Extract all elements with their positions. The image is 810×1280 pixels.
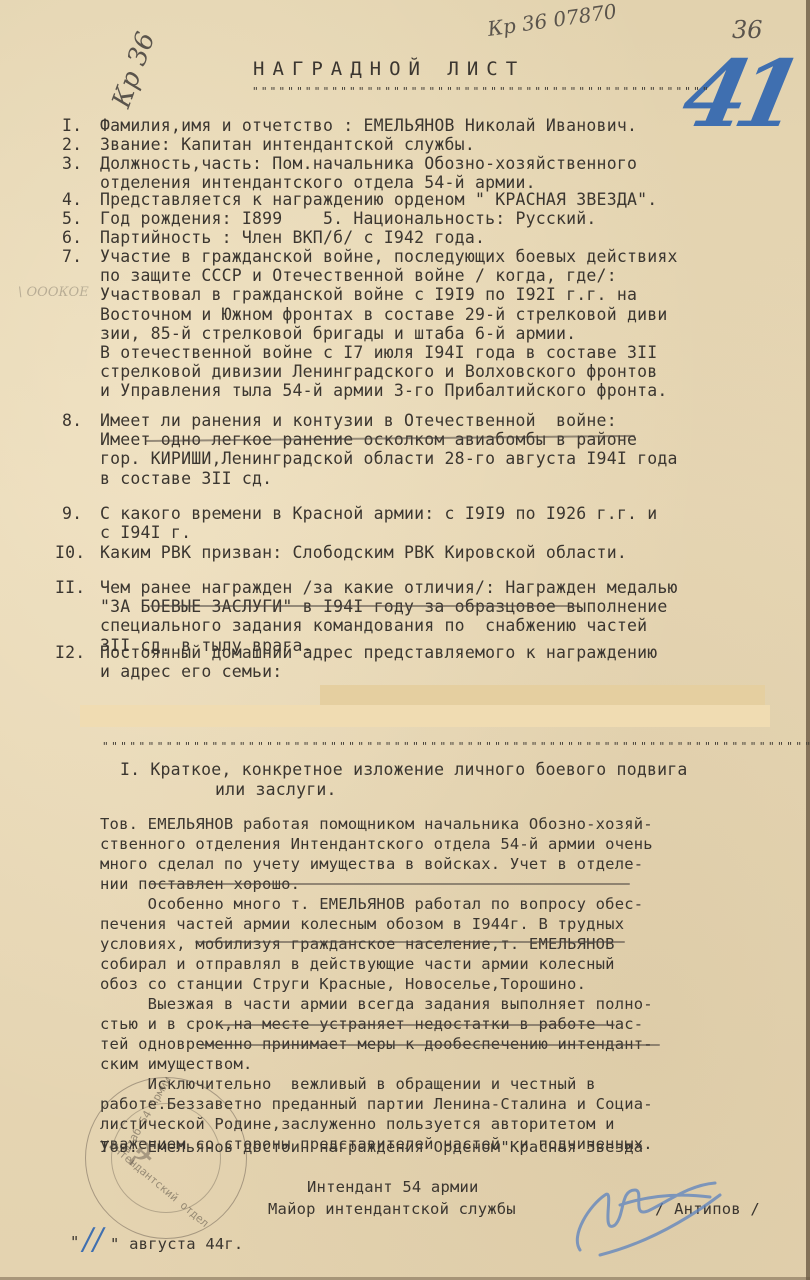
section-heading: I. Краткое, конкретное изложение личного… <box>120 762 688 779</box>
item-number: 6. <box>62 230 82 247</box>
section-separator-rule: """"""""""""""""""""""""""""""""""""""""… <box>102 740 810 753</box>
body-text-line: обоз со станции Струги Красные, Новосель… <box>100 977 586 993</box>
page-edge <box>806 0 810 1280</box>
item-text-line: Каким РВК призван: Слободским РВК Кировс… <box>100 545 627 562</box>
item-text-line: Должность,часть: Пом.начальника Обозно-х… <box>100 156 637 173</box>
item-number: I0. <box>55 545 85 562</box>
body-text-line: Выезжая в части армии всегда задания вып… <box>100 997 653 1013</box>
pencil-underline <box>150 883 630 885</box>
item-text-line: Чем ранее награжден /за какие отличия/: … <box>100 580 678 597</box>
item-text-line: зии, 85-й стрелковой бригады и штаба 6-й… <box>100 326 576 343</box>
pencil-underline <box>150 605 580 607</box>
item-text-line: Партийность : Член ВКП/б/ с I942 года. <box>100 230 485 247</box>
body-text-line: собирал и отправлял в действующие части … <box>100 957 615 973</box>
signatory-rank: Майор интендантской службы <box>268 1202 516 1218</box>
body-text-line: печения частей армии колесным обозом в I… <box>100 917 624 933</box>
item-text-line: Год рождения: I899 5. Национальность: Ру… <box>100 211 597 228</box>
item-text-line: стрелковой дивизии Ленинградского и Волх… <box>100 364 657 381</box>
pencil-underline <box>195 941 625 943</box>
item-number: 9. <box>62 506 82 523</box>
pencil-underline <box>215 1024 615 1026</box>
redacted-address <box>320 685 765 705</box>
item-number: 4. <box>62 192 82 209</box>
item-text-line: Представляется к награждению орденом " К… <box>100 192 657 209</box>
item-text-line: В отечественной войне с I7 июля I94I год… <box>100 345 657 362</box>
title-underline-rule: """"""""""""""""""""""""""""""""""""""""… <box>252 85 711 98</box>
item-text-line: с I94I г. <box>100 525 191 542</box>
item-number: 5. <box>62 211 82 228</box>
item-text-line: "ЗА БОЕВЫЕ ЗАСЛУГИ" в I94I году за образ… <box>100 599 668 616</box>
section-heading-continued: или заслуги. <box>215 782 337 799</box>
date-text: " августа 44г. <box>110 1237 243 1253</box>
item-text-line: Участие в гражданской войне, последующих… <box>100 249 678 266</box>
item-text-line: специального задания командования по сна… <box>100 618 647 635</box>
item-text-line: Имеет ли ранения и контузии в Отечествен… <box>100 413 617 430</box>
body-text-line: условиях, мобилизуя гражданское населени… <box>100 937 615 953</box>
item-number: I2. <box>55 645 85 662</box>
item-number: 8. <box>62 413 82 430</box>
document-title: НАГРАДНОЙ ЛИСТ <box>253 60 525 79</box>
redacted-address-continuation <box>80 705 770 727</box>
item-number: 2. <box>62 137 82 154</box>
body-text-line: ственного отделения Интендантского отдел… <box>100 837 653 853</box>
item-number: 7. <box>62 249 82 266</box>
item-text-line: и Управления тыла 54-й армии 3-го Прибал… <box>100 383 668 400</box>
body-text-line: много сделал по учету имущества в войска… <box>100 857 643 873</box>
item-text-line: в составе 3II сд. <box>100 471 272 488</box>
body-text-line: Особенно много т. ЕМЕЛЬЯНОВ работал по в… <box>100 897 643 913</box>
item-number: 3. <box>62 156 82 173</box>
date-day-handwritten: // <box>83 1222 103 1257</box>
item-text-line: Участвовал в гражданской войне с I9I9 по… <box>100 287 637 304</box>
body-text-line: ским имуществом. <box>100 1057 253 1073</box>
faint-margin-stamp: \ ОООКОЕ <box>18 285 89 300</box>
pencil-underline <box>200 1044 660 1046</box>
item-number: II. <box>55 580 85 597</box>
date-open-quote: " <box>70 1235 80 1251</box>
item-text-line: Фамилия,имя и отчетство : ЕМЕЛЬЯНОВ Нико… <box>100 118 637 135</box>
body-text-line: Тов. ЕМЕЛЬЯНОВ работая помощником началь… <box>100 817 653 833</box>
item-text-line: и адрес его семьи: <box>100 664 282 681</box>
item-text-line: по защите СССР и Отечественной войне / к… <box>100 268 617 285</box>
handwritten-signature <box>560 1165 730 1260</box>
item-text-line: Постоянный домашний адрес представляемог… <box>100 645 657 662</box>
official-stamp: ☭ Штаб 54 Армии Интендантский отдел <box>85 1077 247 1239</box>
item-text-line: гор. КИРИШИ,Ленинградской области 28-го … <box>100 451 678 468</box>
item-text-line: Звание: Капитан интендантской службы. <box>100 137 475 154</box>
item-text-line: Восточном и Южном фронтах в составе 29-й… <box>100 307 668 324</box>
item-text-line: С какого времени в Красной армии: с I9I9… <box>100 506 657 523</box>
item-number: I. <box>62 118 82 135</box>
signatory-position: Интендант 54 армии <box>307 1180 479 1196</box>
